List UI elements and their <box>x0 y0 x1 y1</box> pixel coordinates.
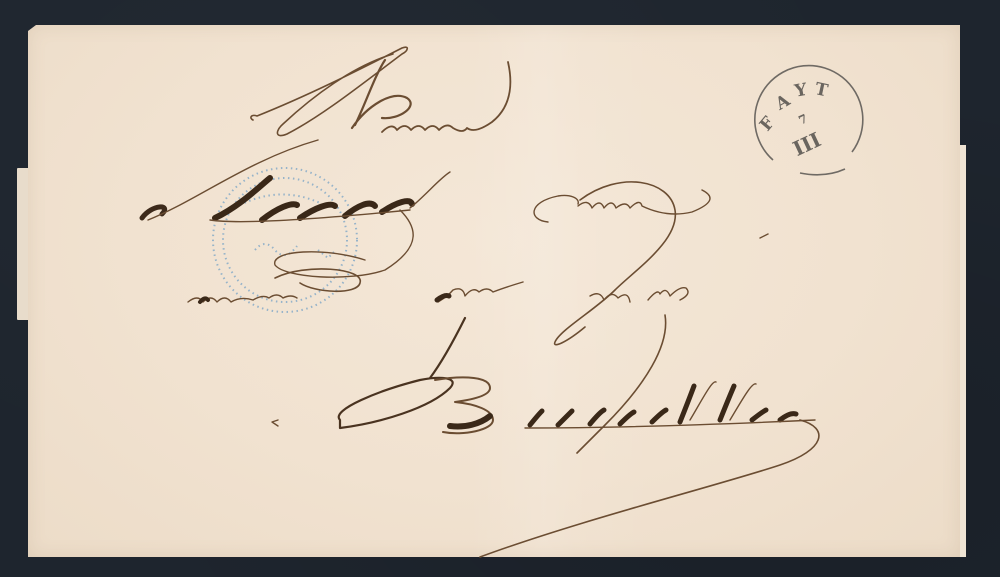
fayt-postmark: F A Y T 7 III <box>755 66 863 175</box>
svg-text:A: A <box>771 90 794 115</box>
handwriting <box>142 47 819 557</box>
postmark-letter: F <box>756 113 779 135</box>
svg-text:T: T <box>813 79 830 101</box>
blue-postmark <box>213 168 357 312</box>
svg-text:Y: Y <box>792 80 809 102</box>
handwriting-and-stamps: F A Y T 7 III <box>0 0 1000 577</box>
svg-text:III: III <box>789 127 825 161</box>
svg-text:7: 7 <box>796 111 809 127</box>
